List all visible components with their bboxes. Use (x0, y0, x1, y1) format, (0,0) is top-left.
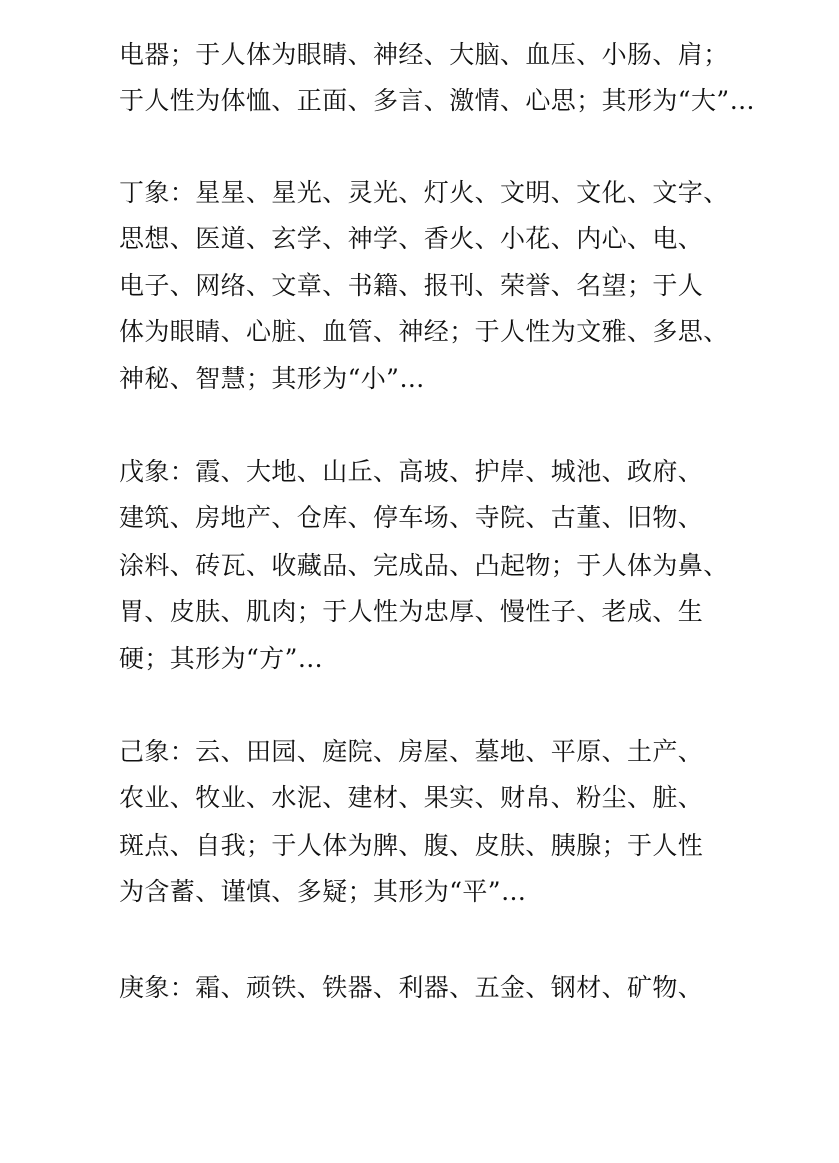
paragraph-wu-line: 戊象：霞、大地、山丘、高坡、护岸、城池、政府、 (119, 457, 703, 487)
text-line: 于人性为体恤、正面、多言、激情、心思；其形为“大”… (119, 86, 755, 116)
paragraph-ding-line: 电子、网络、文章、书籍、报刊、荣誉、名望；于人 (119, 271, 703, 301)
paragraph-ding-line: 思想、医道、玄学、神学、香火、小花、内心、电、 (119, 224, 703, 254)
paragraph-ding-line: 丁象：星星、星光、灵光、灯火、文明、文化、文字、 (119, 178, 729, 208)
paragraph-ji-line: 己象：云、田园、庭院、房屋、墓地、平原、土产、 (119, 737, 703, 767)
paragraph-wu-line: 建筑、房地产、仓库、停车场、寺院、古董、旧物、 (119, 503, 703, 533)
paragraph-ji-line: 斑点、自我；于人体为脾、腹、皮肤、胰腺；于人性 (119, 831, 703, 861)
text-line: 电器；于人体为眼睛、神经、大脑、血压、小肠、肩； (119, 40, 729, 70)
paragraph-geng-line: 庚象：霜、顽铁、铁器、利器、五金、钢材、矿物、 (119, 973, 703, 1003)
paragraph-ding-line: 神秘、智慧；其形为“小”… (119, 364, 425, 394)
paragraph-ding-line: 体为眼睛、心脏、血管、神经；于人性为文雅、多思、 (119, 317, 729, 347)
paragraph-ji-line: 农业、牧业、水泥、建材、果实、财帛、粉尘、脏、 (119, 783, 703, 813)
paragraph-wu-line: 硬；其形为“方”… (119, 644, 323, 674)
paragraph-wu-line: 涂料、砖瓦、收藏品、完成品、凸起物；于人体为鼻、 (119, 551, 729, 581)
paragraph-wu-line: 胃、皮肤、肌肉；于人性为忠厚、慢性子、老成、生 (119, 597, 703, 627)
paragraph-ji-line: 为含蓄、谨慎、多疑；其形为“平”… (119, 877, 526, 907)
